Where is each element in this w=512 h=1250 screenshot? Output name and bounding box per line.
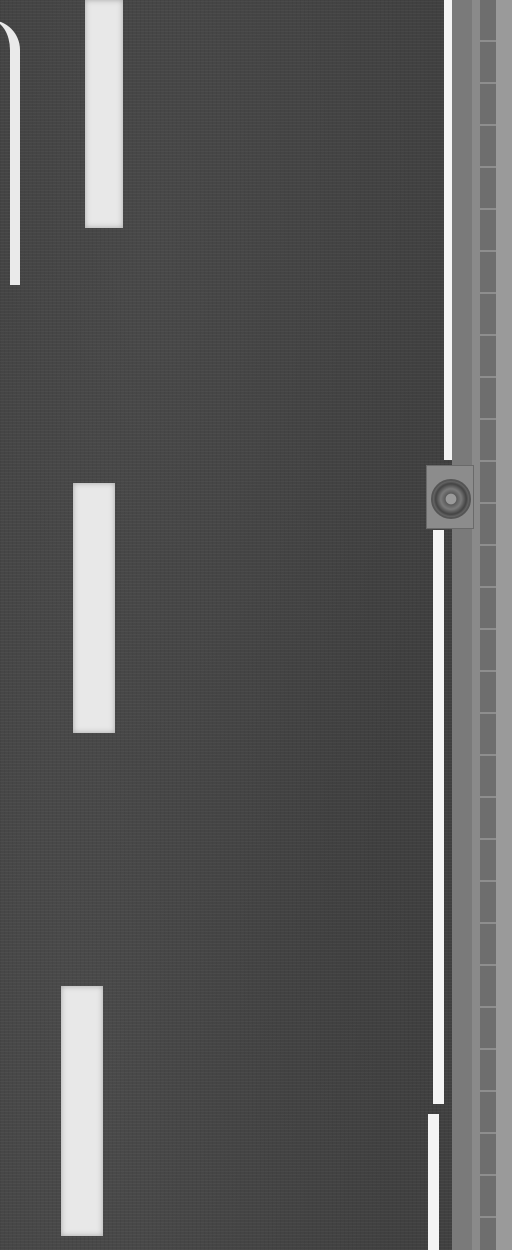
curb-stones: [480, 0, 496, 1250]
gutter-channel: [452, 0, 472, 1250]
sidewalk: [496, 0, 512, 1250]
edge-line-segment-2: [433, 530, 444, 1104]
storm-drain: [426, 465, 474, 529]
road-aerial-scene: [0, 0, 512, 1250]
curved-road-marking: [0, 20, 20, 285]
gutter: [452, 0, 512, 1250]
lane-dash-3: [61, 986, 103, 1236]
drain-grate-icon: [431, 479, 471, 519]
edge-line-segment-3: [428, 1114, 439, 1250]
lane-dash-2: [73, 483, 115, 733]
lane-dash-1: [85, 0, 123, 228]
